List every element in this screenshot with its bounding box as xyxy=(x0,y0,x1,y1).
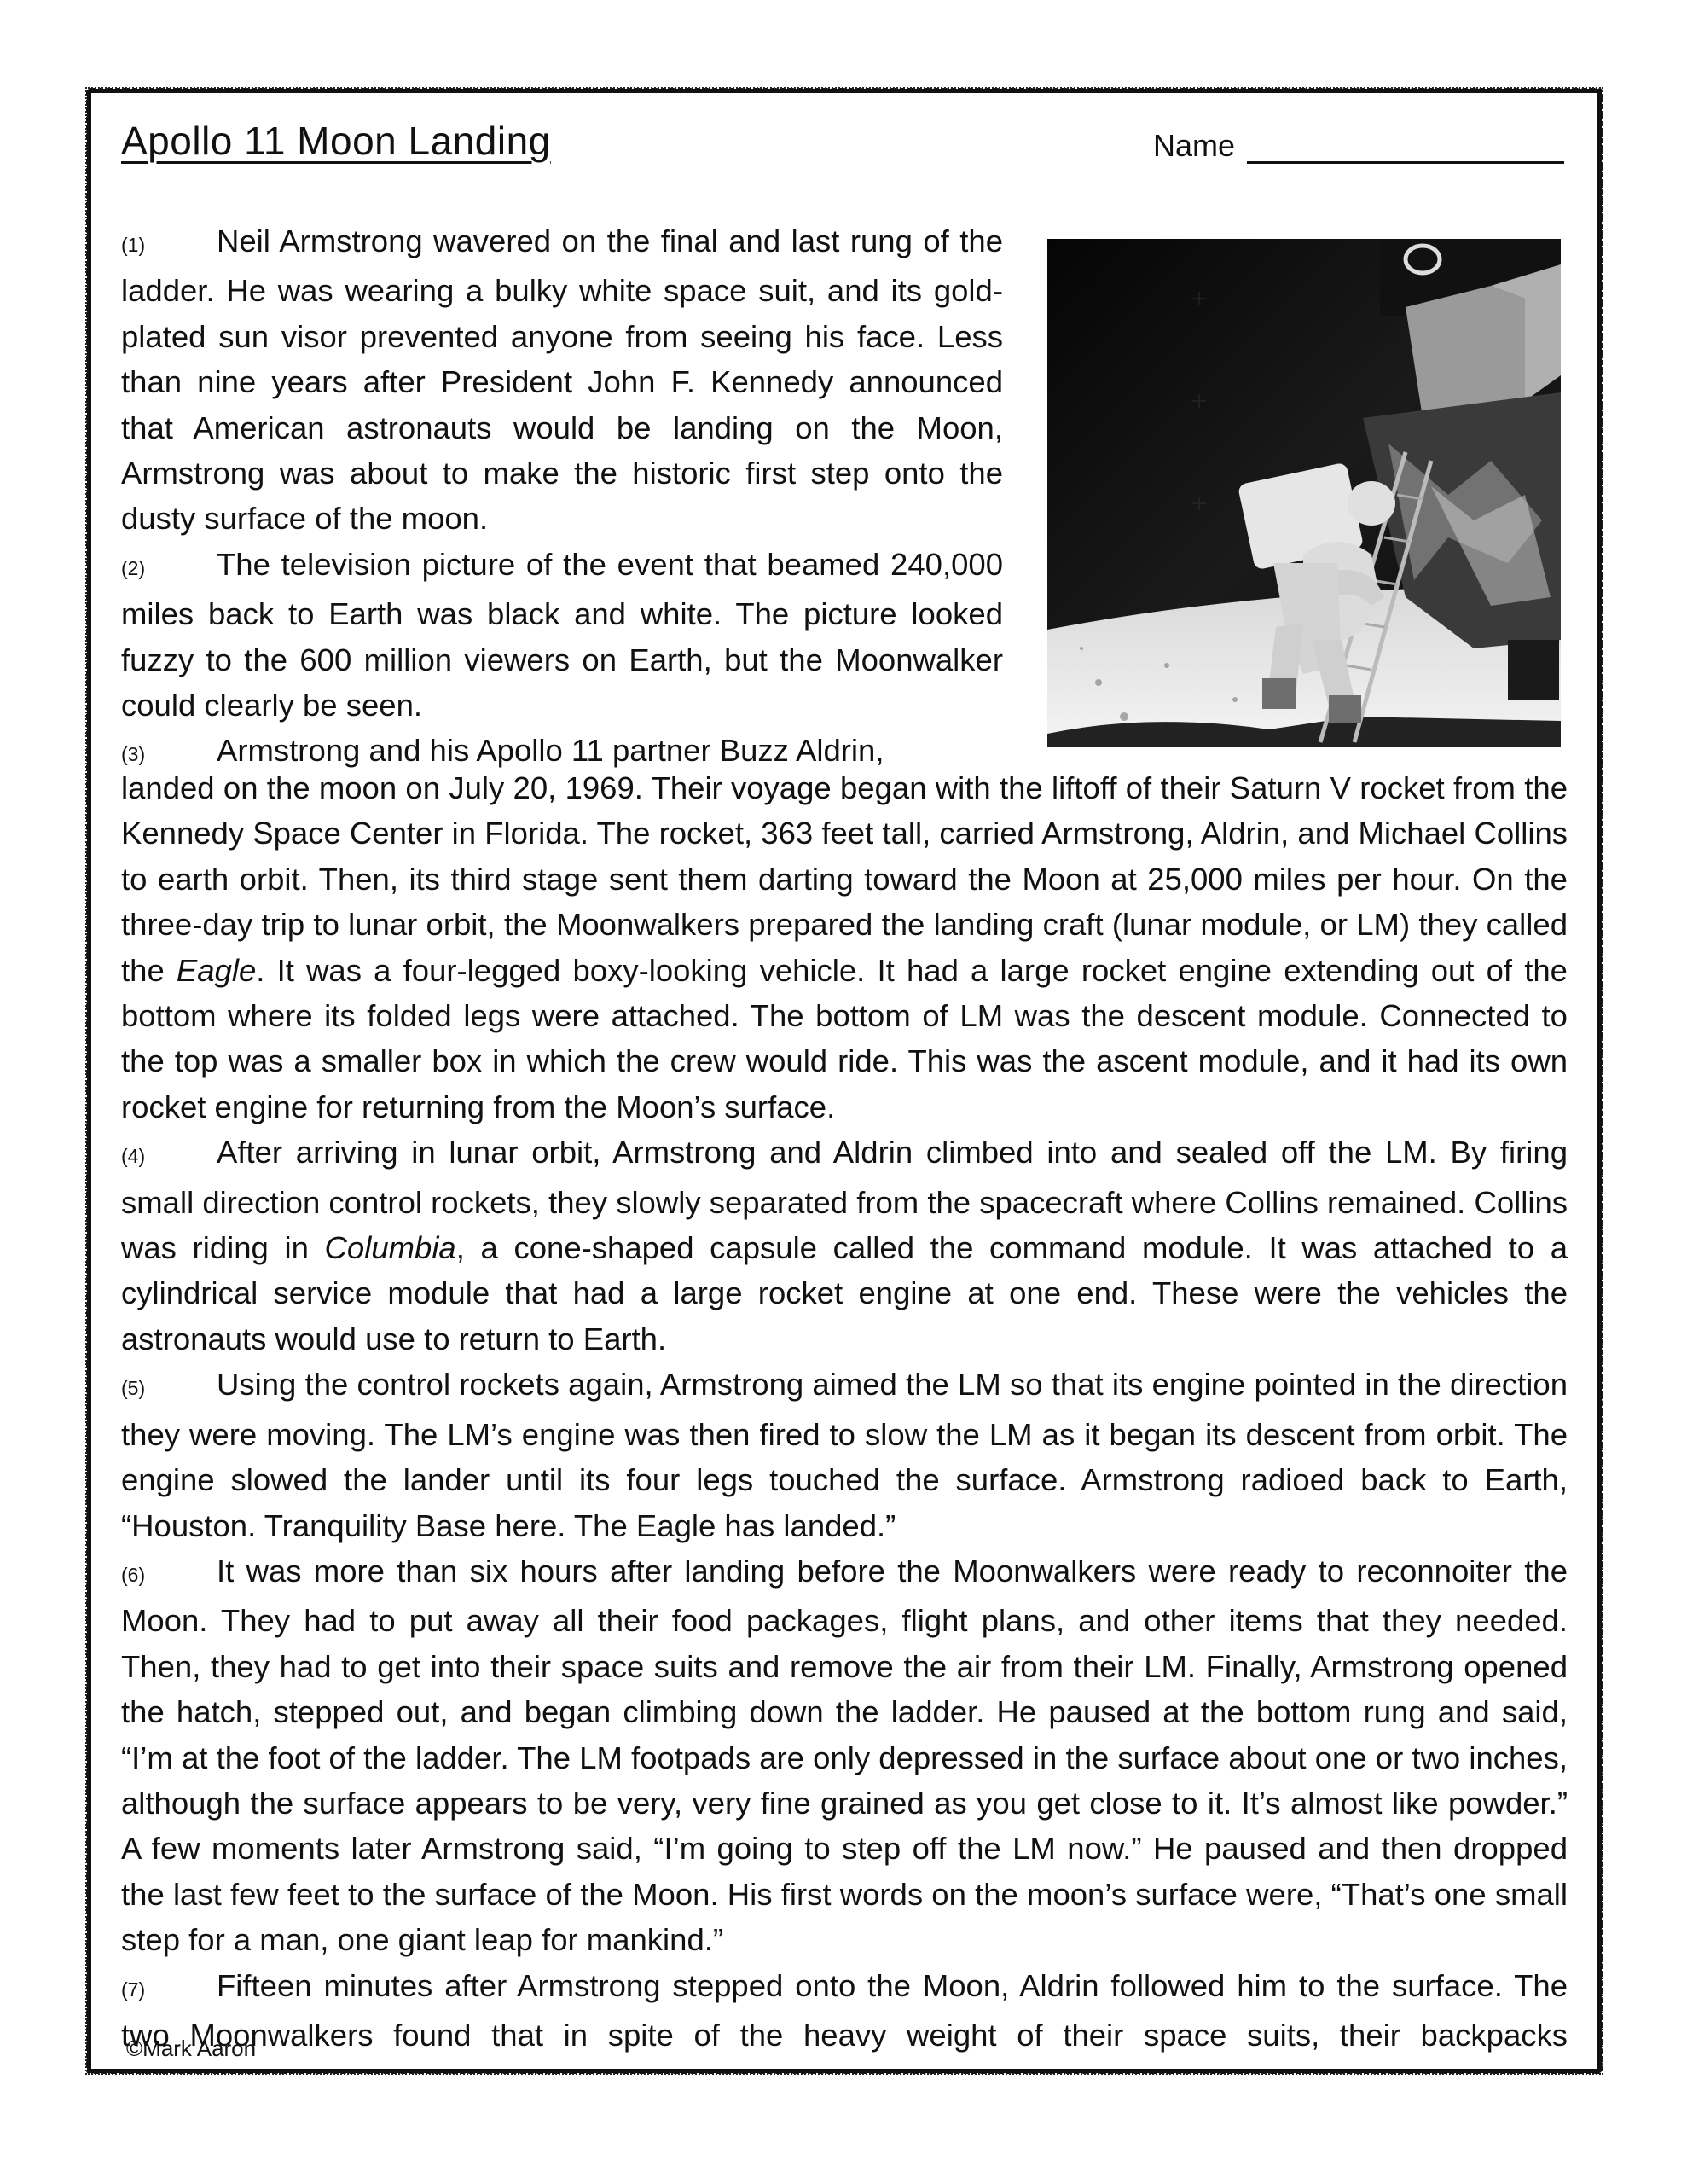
name-blank-line[interactable] xyxy=(1247,136,1564,164)
craft-name-eagle: Eagle xyxy=(177,953,256,988)
intro-column: (1)Neil Armstrong wavered on the final a… xyxy=(121,218,1003,778)
paragraph-number: (5) xyxy=(121,1366,217,1411)
craft-name-columbia: Columbia xyxy=(325,1230,456,1265)
paragraph-4: (4)After arriving in lunar orbit, Armstr… xyxy=(121,1130,1568,1362)
name-field: Name xyxy=(1153,128,1564,164)
moon-landing-photo-icon xyxy=(1047,239,1561,747)
copyright-notice: ©Mark Aaron xyxy=(126,2036,256,2062)
paragraph-text: The television picture of the event that… xyxy=(121,547,1003,723)
paragraph-7: (7)Fifteen minutes after Armstrong stepp… xyxy=(121,1963,1568,2059)
paragraph-number: (6) xyxy=(121,1553,217,1598)
paragraph-text: Neil Armstrong wavered on the final and … xyxy=(121,224,1003,536)
name-label: Name xyxy=(1153,128,1235,164)
astronaut-photo xyxy=(1047,239,1561,747)
paragraph-6: (6)It was more than six hours after land… xyxy=(121,1548,1568,1963)
paragraph-2: (2)The television picture of the event t… xyxy=(121,542,1003,729)
main-column: landed on the moon on July 20, 1969. The… xyxy=(121,765,1568,2058)
paragraph-text: It was more than six hours after landing… xyxy=(121,1554,1568,1957)
paragraph-number: (4) xyxy=(121,1134,217,1179)
paragraph-text: Fifteen minutes after Armstrong stepped … xyxy=(121,1968,1568,2053)
paragraph-5: (5)Using the control rockets again, Arms… xyxy=(121,1362,1568,1548)
paragraph-3-continued: landed on the moon on July 20, 1969. The… xyxy=(121,765,1568,1130)
paragraph-number: (7) xyxy=(121,1967,217,2013)
paragraph-number: (2) xyxy=(121,546,217,591)
paragraph-text: Using the control rockets again, Armstro… xyxy=(121,1367,1568,1542)
page-title: Apollo 11 Moon Landing xyxy=(121,118,551,164)
paragraph-1: (1)Neil Armstrong wavered on the final a… xyxy=(121,218,1003,542)
paragraph-number: (1) xyxy=(121,223,217,268)
paragraph-text: . It was a four-legged boxy-looking vehi… xyxy=(121,953,1568,1124)
paragraph-text: Armstrong and his Apollo 11 partner Buzz… xyxy=(217,733,884,768)
